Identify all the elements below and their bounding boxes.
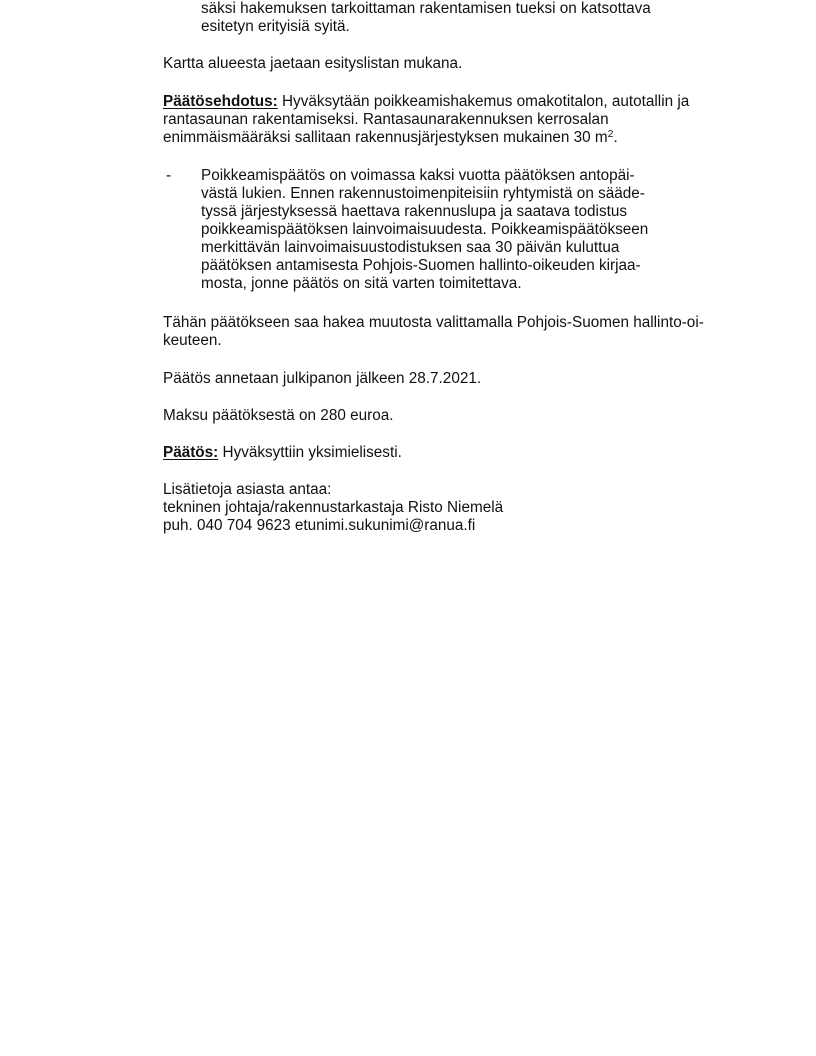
proposal-label: Päätösehdotus: [163,93,278,110]
appeal-line: keuteen. [163,332,222,350]
fee: Maksu päätöksestä on 280 euroa. [163,407,393,425]
proposal-text: Hyväksytään poikkeamishakemus omakotital… [282,93,689,110]
proposal-line: rantasaunan rakentamiseksi. Rantasaunara… [163,111,609,129]
proposal-trailing: . [614,129,618,146]
proposal-line: enimmäismääräksi sallitaan rakennusjärje… [163,129,618,147]
appeal-line: Tähän päätökseen saa hakea muutosta vali… [163,314,704,332]
contact-details: puh. 040 704 9623 etunimi.sukunimi@ranua… [163,517,475,535]
proposal-text: enimmäismääräksi sallitaan rakennusjärje… [163,129,608,146]
bullet-marker: - [166,167,171,185]
decision-line: Päätös: Hyväksyttiin yksimielisesti. [163,444,402,462]
map-note: Kartta alueesta jaetaan esityslistan muk… [163,55,462,73]
bullet-line: merkittävän lainvoimaisuustodistuksen sa… [201,239,619,257]
continued-paragraph-line: säksi hakemuksen tarkoittaman rakentamis… [201,0,651,18]
bullet-line: Poikkeamispäätös on voimassa kaksi vuott… [201,167,635,185]
continued-paragraph-line: esitetyn erityisiä syitä. [201,18,350,36]
document-page: säksi hakemuksen tarkoittaman rakentamis… [0,0,816,1056]
contact-heading: Lisätietoja asiasta antaa: [163,481,331,499]
decision-label: Päätös: [163,444,218,461]
issued-date: Päätös annetaan julkipanon jälkeen 28.7.… [163,370,481,388]
contact-person: tekninen johtaja/rakennustarkastaja Rist… [163,499,503,517]
bullet-line: tyssä järjestyksessä haettava rakennuslu… [201,203,627,221]
bullet-line: västä lukien. Ennen rakennustoimenpiteis… [201,185,645,203]
proposal-line: Päätösehdotus: Hyväksytään poikkeamishak… [163,93,689,111]
decision-text: Hyväksyttiin yksimielisesti. [223,444,402,461]
bullet-line: poikkeamispäätöksen lainvoimaisuudesta. … [201,221,648,239]
bullet-line: päätöksen antamisesta Pohjois-Suomen hal… [201,257,641,275]
bullet-line: mosta, jonne päätös on sitä varten toimi… [201,275,522,293]
